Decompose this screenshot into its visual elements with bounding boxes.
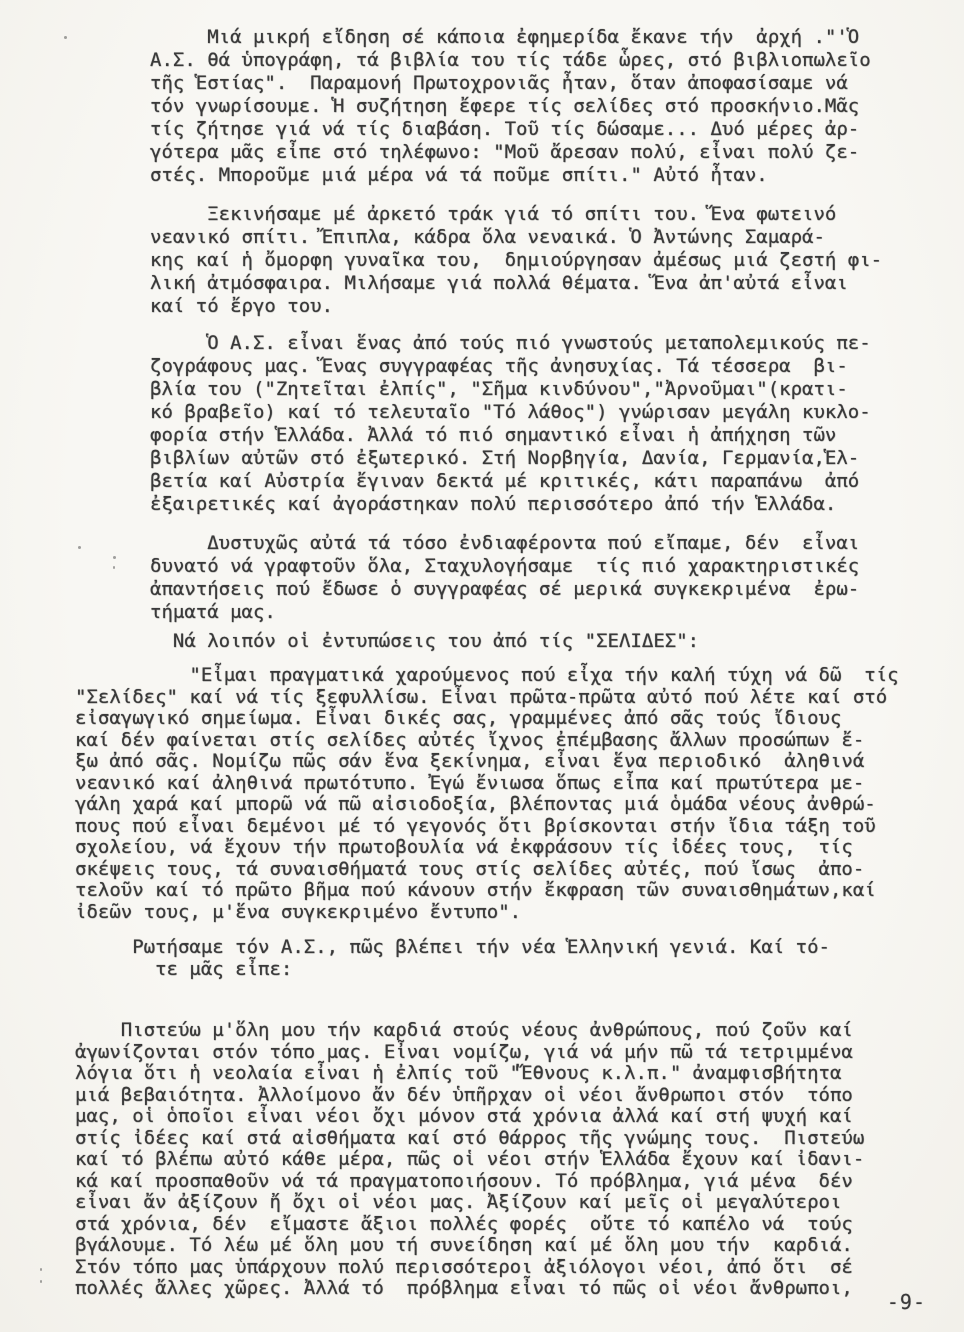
paragraph-author-bio: Ὁ Α.Σ. εἶναι ἕνας ἀπό τούς πιό γνωστούς …	[150, 332, 905, 516]
paragraph-intro: Μιά μικρή εἴδηση σέ κάποια ἐφημερίδα ἔκα…	[150, 26, 905, 187]
document-content: Μιά μικρή εἴδηση σέ κάποια ἐφημερίδα ἔκα…	[75, 26, 905, 1300]
document-page: Μιά μικρή εἴδηση σέ κάποια ἐφημερίδα ἔκα…	[0, 0, 964, 1332]
scan-speck	[64, 36, 67, 39]
scan-speck	[113, 566, 115, 569]
paragraph-answer-youth: Πιστεύω μ'ὅλη μου τήν καρδιά στούς νέους…	[75, 1020, 905, 1300]
page-number: -9-	[887, 1290, 926, 1314]
scan-speck	[40, 1268, 42, 1271]
paragraph-quote-selides: "Εἶμαι πραγματικά χαρούμενος πού εἶχα τή…	[75, 665, 905, 923]
paragraph-question: Ρωτήσαμε τόν Α.Σ., πῶς βλέπει τήν νέα Ἑλ…	[75, 937, 905, 980]
paragraph-visit: Ξεκινήσαμε μέ ἀρκετό τράκ γιά τό σπίτι τ…	[150, 203, 905, 318]
scan-speck	[78, 546, 81, 549]
paragraph-selection-note: Δυστυχῶς αὐτά τά τόσο ἐνδιαφέροντα πού ε…	[150, 532, 905, 624]
scan-speck	[40, 1280, 42, 1283]
scan-speck	[113, 556, 116, 559]
heading-impressions: Νά λοιπόν οἱ ἐντυπώσεις του ἀπό τίς "ΣΕΛ…	[150, 630, 905, 653]
